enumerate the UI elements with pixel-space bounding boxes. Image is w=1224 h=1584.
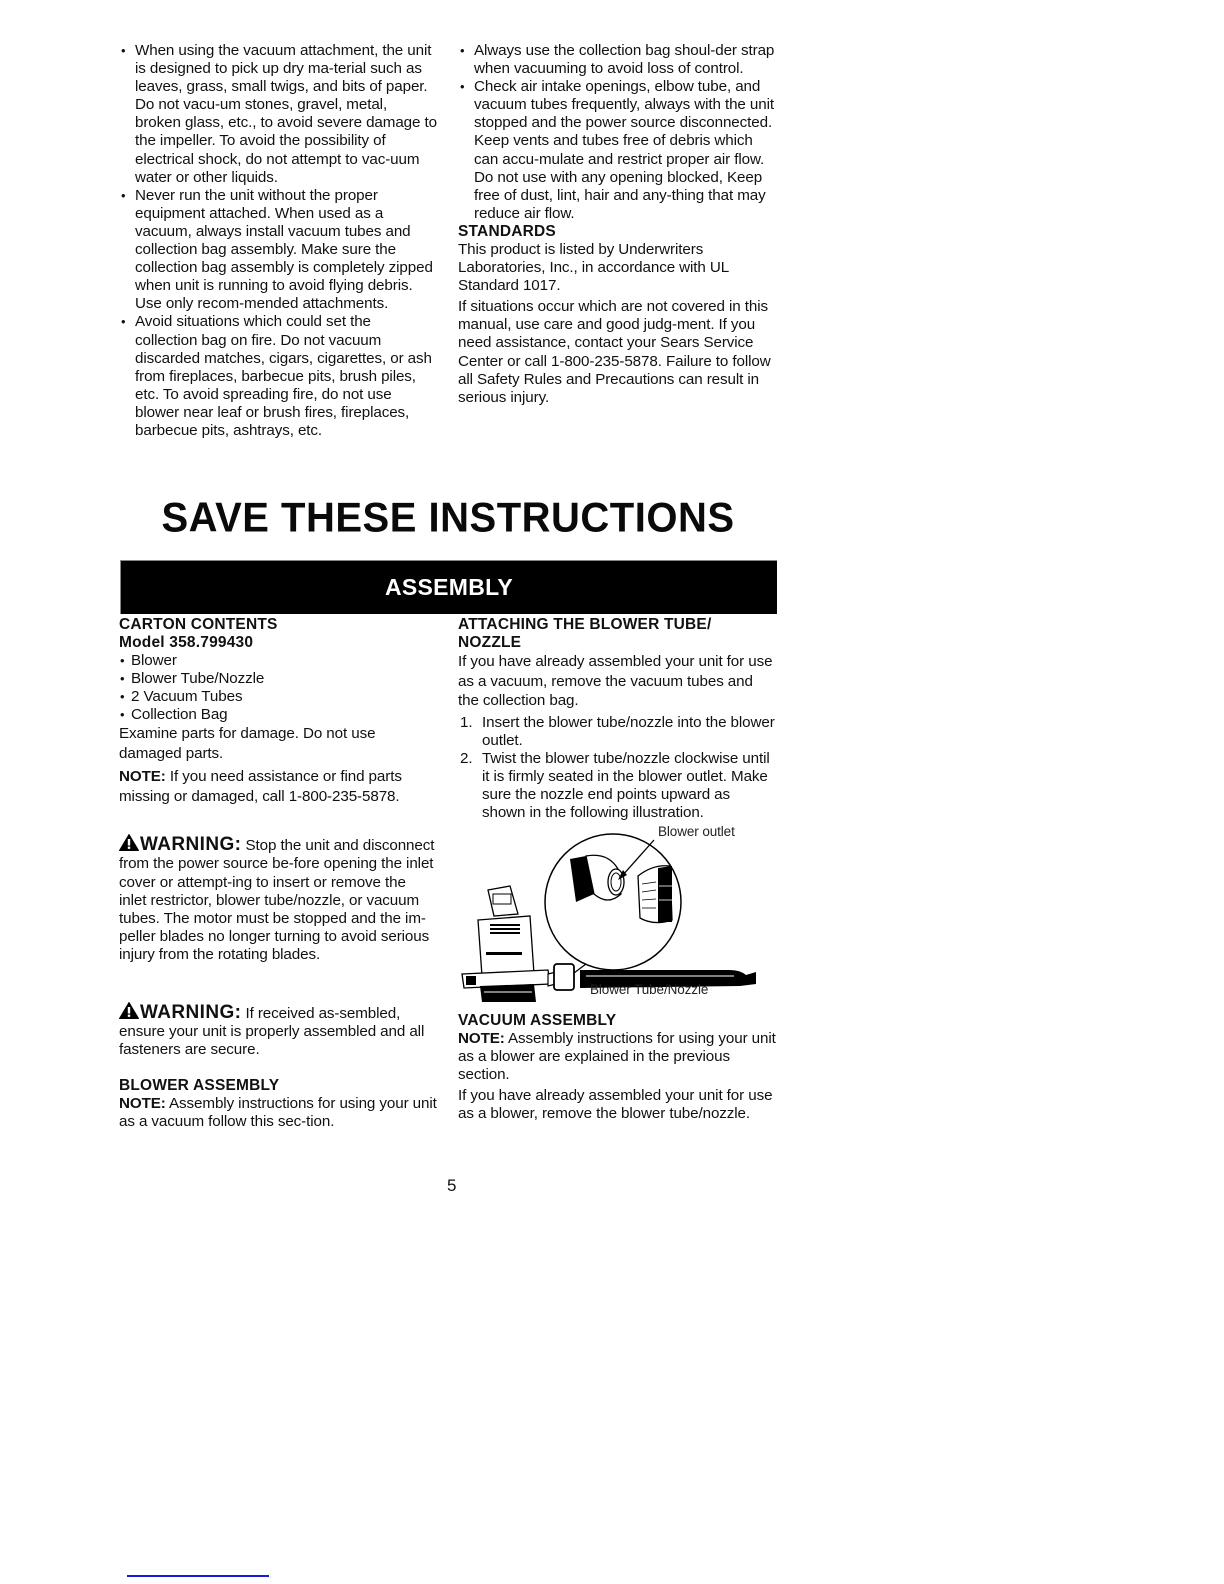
standards-heading: STANDARDS (458, 223, 776, 241)
carton-note: NOTE: If you need assistance or find par… (119, 767, 437, 806)
note-text: Assembly instructions for using your uni… (119, 1095, 437, 1130)
page-number: 5 (447, 1176, 456, 1196)
warning-triangle-icon (119, 1002, 139, 1019)
assembly-right-column: ATTACHING THE BLOWER TUBE/ NOZZLE If you… (458, 616, 776, 1124)
warning-received-assembled: WARNING: If received as-sembled, ensure … (119, 1002, 437, 1059)
step-text: Twist the blower tube/nozzle clockwise u… (482, 750, 770, 821)
step-item: 1. Insert the blower tube/nozzle into th… (458, 714, 776, 750)
carton-item: Blower Tube/Nozzle (119, 670, 437, 688)
step-number: 1. (460, 714, 472, 732)
safety-bullet: Avoid situations which could set the col… (119, 313, 437, 440)
blower-diagram-icon (458, 824, 776, 1004)
step-text: Insert the blower tube/nozzle into the b… (482, 714, 775, 749)
standards-paragraph: If situations occur which are not covere… (458, 298, 776, 407)
carton-contents-heading: CARTON CONTENTS (119, 616, 437, 634)
heading-line: NOZZLE (458, 634, 521, 651)
attaching-tube-intro: If you have already assembled your unit … (458, 652, 776, 711)
attaching-steps-list: 1. Insert the blower tube/nozzle into th… (458, 714, 776, 823)
warning-text: Stop the unit and disconnect from the po… (119, 837, 434, 963)
note-label: NOTE: (119, 1095, 166, 1112)
banner-label: ASSEMBLY (385, 574, 513, 601)
note-label: NOTE: (458, 1030, 505, 1047)
save-instructions-title: SAVE THESE INSTRUCTIONS (0, 493, 896, 543)
note-label: NOTE: (119, 768, 166, 785)
attaching-tube-heading: ATTACHING THE BLOWER TUBE/ NOZZLE (458, 616, 776, 652)
carton-item: Blower (119, 652, 437, 670)
carton-item: Collection Bag (119, 706, 437, 724)
safety-bullet-list: When using the vacuum attachment, the un… (119, 42, 437, 440)
blower-tube-callout: Blower Tube/Nozzle (590, 982, 708, 998)
safety-bullet: Never run the unit without the proper eq… (119, 187, 437, 314)
assembly-section-banner: ASSEMBLY (120, 560, 777, 614)
heading-line: ATTACHING THE BLOWER TUBE/ (458, 616, 711, 633)
safety-bullet: Check air intake openings, elbow tube, a… (458, 78, 776, 223)
safety-bullet: Always use the collection bag shoul-der … (458, 42, 776, 78)
step-number: 2. (460, 750, 472, 768)
footer-divider-line (127, 1575, 269, 1577)
vacuum-assembly-heading: VACUUM ASSEMBLY (458, 1012, 776, 1030)
note-text: Assembly instructions for using your uni… (458, 1030, 776, 1083)
blower-tube-illustration: Blower outlet Blower Tube/Nozzle (458, 824, 776, 1004)
blower-assembly-heading: BLOWER ASSEMBLY (119, 1077, 437, 1095)
step-item: 2. Twist the blower tube/nozzle clockwis… (458, 750, 776, 822)
safety-bullet: When using the vacuum attachment, the un… (119, 42, 437, 187)
standards-paragraph: This product is listed by Underwriters L… (458, 241, 776, 295)
blower-assembly-note: NOTE: Assembly instructions for using yo… (119, 1095, 437, 1131)
safety-rules-left-column: When using the vacuum attachment, the un… (119, 42, 437, 440)
blower-outlet-callout: Blower outlet (658, 824, 735, 840)
warning-label: WARNING: (140, 834, 241, 855)
examine-parts-text: Examine parts for damage. Do not use dam… (119, 724, 437, 763)
carton-item: 2 Vacuum Tubes (119, 688, 437, 706)
warning-stop-unit: WARNING: Stop the unit and disconnect fr… (119, 834, 437, 964)
vacuum-assembly-note: NOTE: Assembly instructions for using yo… (458, 1030, 776, 1084)
warning-triangle-icon (119, 834, 139, 851)
warning-label: WARNING: (140, 1002, 241, 1023)
assembly-left-column: CARTON CONTENTS Model 358.799430 Blower … (119, 616, 437, 1132)
vacuum-assembly-paragraph: If you have already assembled your unit … (458, 1087, 776, 1123)
safety-bullet-list: Always use the collection bag shoul-der … (458, 42, 776, 223)
model-number: Model 358.799430 (119, 634, 437, 652)
carton-contents-list: Blower Blower Tube/Nozzle 2 Vacuum Tubes… (119, 652, 437, 724)
safety-rules-right-column: Always use the collection bag shoul-der … (458, 42, 776, 407)
